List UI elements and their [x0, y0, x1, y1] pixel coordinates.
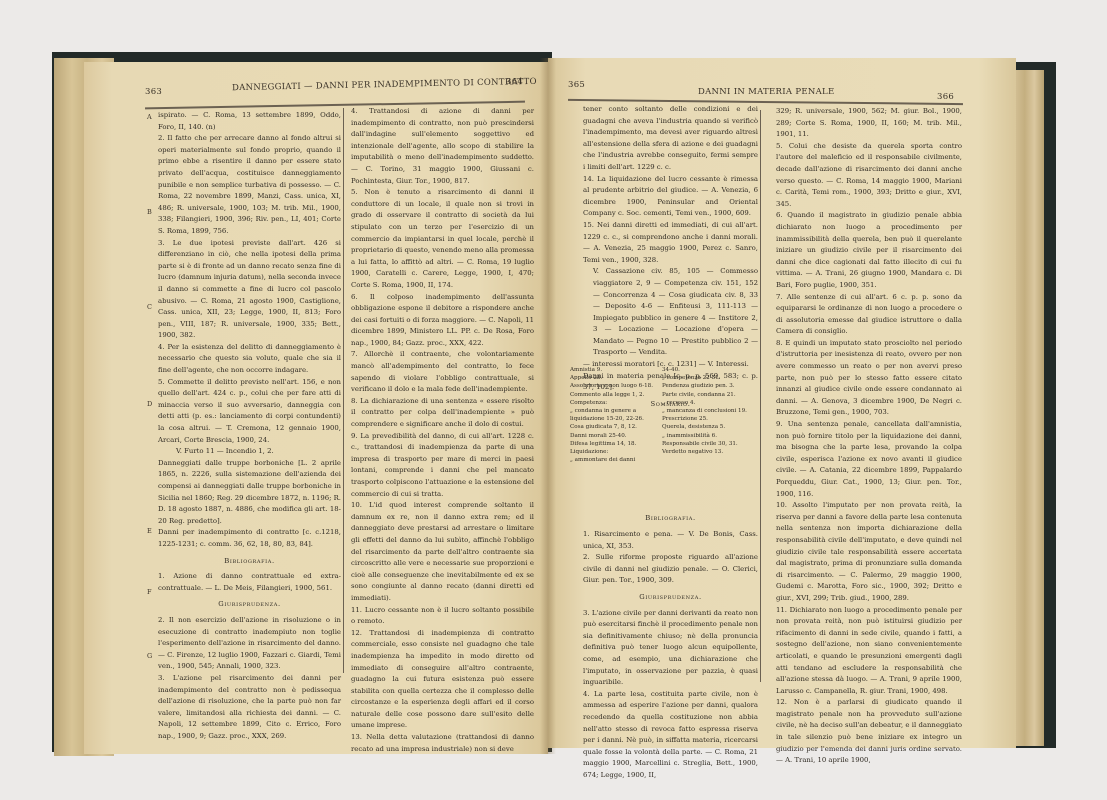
page-edges-right [1012, 70, 1044, 746]
margin-letter-f: F [147, 588, 152, 596]
margin-letter-d: D [147, 400, 152, 408]
page-number-right-2: 366 [937, 92, 954, 102]
margin-letter-e: E [147, 527, 152, 535]
page-number-left: 363 [145, 87, 162, 97]
column-divider-left [343, 108, 344, 673]
margin-letter-g: G [147, 652, 152, 660]
margin-letter-c: C [147, 303, 152, 311]
left-page-column-1: ispirato. — C. Roma, 13 settembre 1899, … [158, 110, 341, 742]
running-head-right: DANNI IN MATERIA PENALE [698, 87, 834, 97]
margin-letter-b: B [147, 208, 152, 216]
book-gutter [540, 58, 556, 754]
right-page-column-2: 329; R. universale, 1900, 562; M. giur. … [776, 106, 962, 767]
page-number-right: 365 [568, 80, 585, 90]
sommario-left-list: Amnistia 9. Appello 28. Assolutoria e no… [570, 366, 660, 464]
margin-letter-a: A [147, 113, 152, 121]
column-divider-right [760, 110, 761, 682]
page-number-left-2: 364 [506, 77, 523, 87]
left-page-column-2: 4. Trattandosi di azione di danni per in… [351, 106, 534, 755]
sommario-right-list: 34-40. „ competenza 22-31. Pendenza giud… [662, 366, 754, 456]
